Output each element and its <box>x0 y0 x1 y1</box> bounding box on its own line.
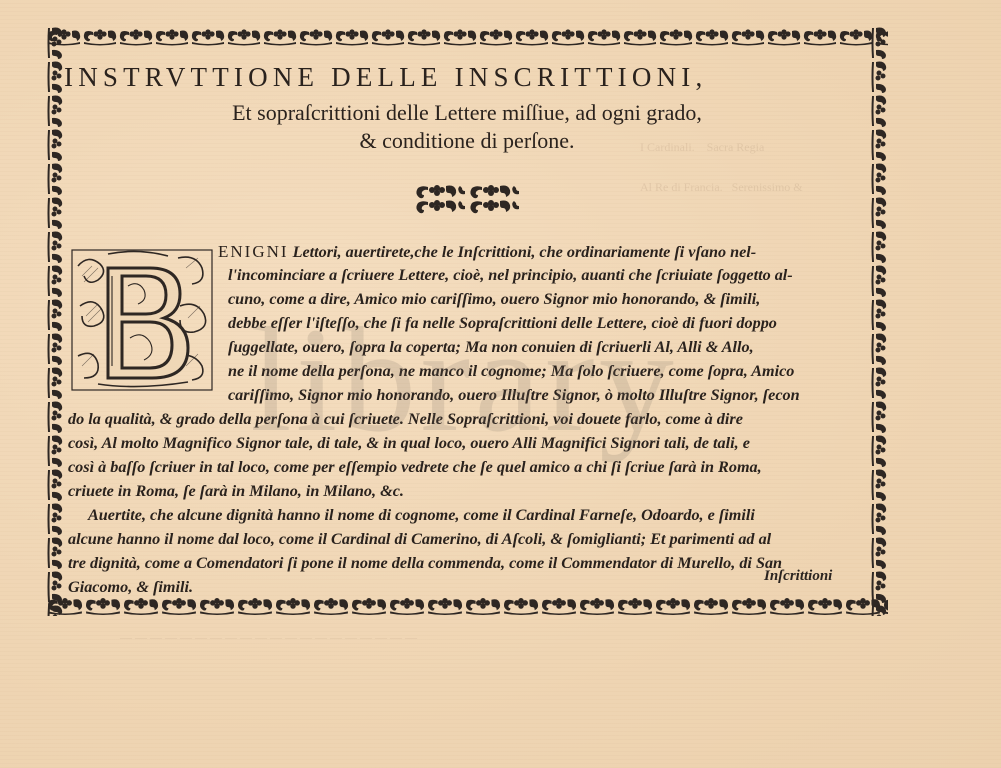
historiated-initial-b-icon <box>68 246 216 394</box>
body-line: così à baſſo ſcriuer in tal loco, come p… <box>68 458 762 477</box>
fleuron-border-bottom-icon <box>46 594 888 616</box>
body-line: tre dignità, come a Comendatori ſi pone … <box>68 554 782 573</box>
body-line: alcune hanno il nome dal loco, come il C… <box>68 530 771 549</box>
body-line: Auertite, che alcune dignità hanno il no… <box>88 506 755 525</box>
subtitle-line-2: & conditione di perſone. <box>0 128 934 154</box>
page-title: INSTRVTTIONE DELLE INSCRITTIONI, <box>64 62 874 93</box>
show-through-text: — — — — — — — — — — — — — — — — — — — — <box>120 630 417 645</box>
body-line: cariſſimo, Signor mio honorando, ouero I… <box>228 386 800 405</box>
fleuron-ornament-icon <box>414 180 522 220</box>
body-line: Giacomo, & ſimili. <box>68 578 193 597</box>
body-line: ENIGNI Lettori, auertirete,che le Inſcri… <box>218 242 756 262</box>
catchword: Inſcrittioni <box>764 568 832 585</box>
fleuron-border-top-icon <box>46 26 888 46</box>
body-line: debbe eſſer l'iſteſſo, che ſi fa nelle S… <box>228 314 777 333</box>
body-line: così, Al molto Magnifico Signor tale, di… <box>68 434 750 453</box>
body-line: ne il nome della perſona, ne manco il co… <box>228 362 794 381</box>
initial-caps: ENIGNI <box>218 242 289 261</box>
body-line: cuno, come a dire, Amico mio cariſſimo, … <box>228 290 760 309</box>
body-line: l'incominciare a ſcriuere Lettere, cioè,… <box>228 266 793 285</box>
subtitle-line-1: Et sopraſcrittioni delle Lettere miſſiue… <box>0 100 934 126</box>
body-line: ſuggellate, ouero, ſopra la coperta; Ma … <box>228 338 754 357</box>
body-line: do la qualità, & grado della perſona à c… <box>68 410 743 429</box>
body-line: criuete in Roma, ſe ſarà in Milano, in M… <box>68 482 404 501</box>
